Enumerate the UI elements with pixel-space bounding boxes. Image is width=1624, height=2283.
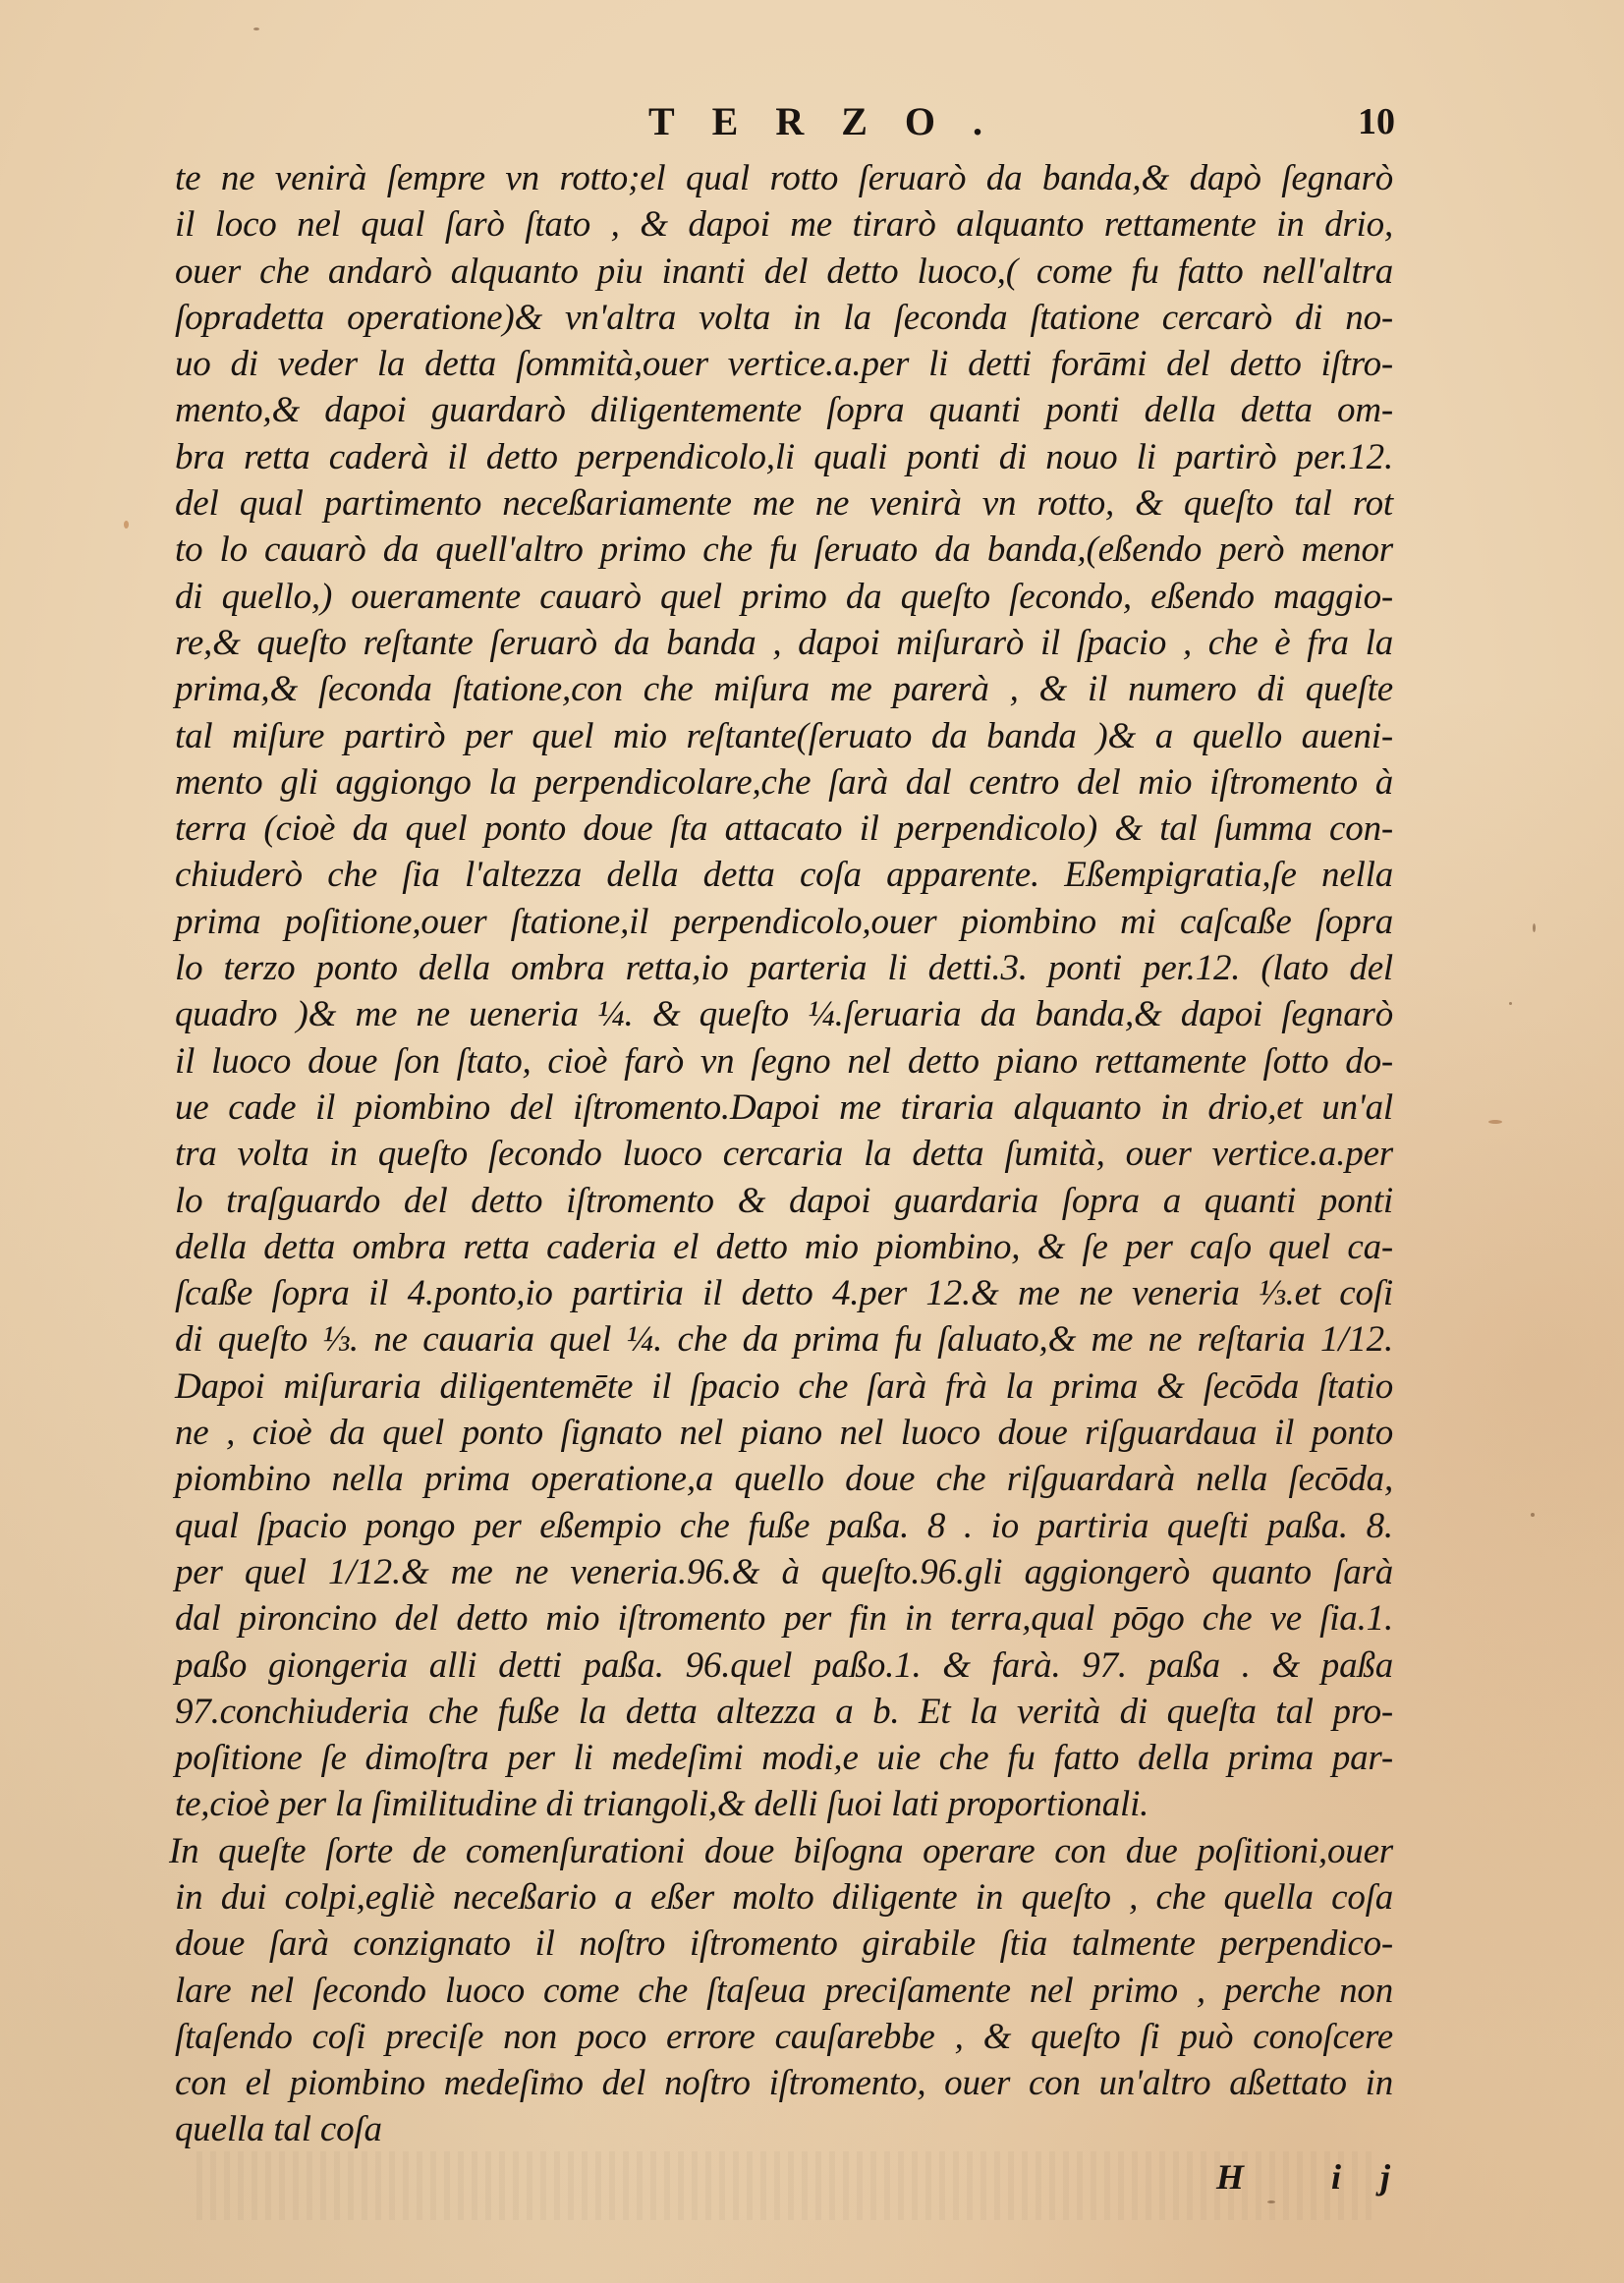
text-line: ne , cioè da quel ponto ſignato nel pian… (175, 1410, 1393, 1456)
text-line: poſitione ſe dimoſtra per li medeſimi mo… (175, 1735, 1393, 1781)
body-text: te ne venirà ſempre vn rotto;el qual rot… (175, 155, 1393, 2153)
text-line: mento,& dapoi guardarò diligentemente ſo… (175, 387, 1393, 433)
text-line: lo traſguardo del detto iſtromento & dap… (175, 1178, 1393, 1224)
text-line: to lo cauarò da quell'altro primo che fu… (175, 527, 1393, 573)
text-line: 97.conchiuderia che fuße la detta altezz… (175, 1689, 1393, 1735)
text-line: tra volta in queſto ſecondo luoco cercar… (175, 1131, 1393, 1177)
text-line: il loco nel qual ſarò ſtato , & dapoi me… (175, 201, 1393, 248)
text-line: prima,& ſeconda ſtatione,con che miſura … (175, 666, 1393, 712)
text-line: lo terzo ponto della ombra retta,io part… (175, 945, 1393, 991)
page-number: 10 (1358, 102, 1395, 141)
text-line: Dapoi miſuraria diligentemēte il ſpacio … (175, 1364, 1393, 1410)
text-line: ſopradetta operatione)& vn'altra volta i… (175, 295, 1393, 341)
text-line: in dui colpi,egliè neceßario a eßer molt… (175, 1874, 1393, 1921)
text-line: ue cade il piombino del iſtromento.Dapoi… (175, 1085, 1393, 1131)
text-line: ſtaſendo coſi preciſe non poco errore ca… (175, 2014, 1393, 2060)
text-line: paßo giongeria alli detti paßa. 96.quel … (175, 1643, 1393, 1689)
text-line: tal miſure partirò per quel mio reſtante… (175, 713, 1393, 759)
text-line: il luoco doue ſon ſtato, cioè farò vn ſe… (175, 1038, 1393, 1085)
text-line: te ne venirà ſempre vn rotto;el qual rot… (175, 155, 1393, 201)
text-line: prima poſitione,ouer ſtatione,il perpend… (175, 899, 1393, 945)
text-line: per quel 1/12.& me ne veneria.96.& à que… (175, 1549, 1393, 1595)
text-line: ouer che andarò alquanto piu inanti del … (175, 249, 1393, 295)
text-line: quadro )& me ne ueneria ¼. & queſto ¼.ſe… (175, 991, 1393, 1037)
text-line: piombino nella prima operatione,a quello… (175, 1456, 1393, 1502)
text-line: di queſto ⅓. ne cauaria quel ¼. che da p… (175, 1316, 1393, 1363)
text-line: con el piombino medeſimo del noſtro iſtr… (175, 2060, 1393, 2106)
text-line: uo di veder la detta ſommità,ouer vertic… (175, 341, 1393, 387)
text-line: di quello,) oueramente cauarò quel primo… (175, 574, 1393, 620)
text-line: chiuderò che ſia l'altezza della detta c… (175, 852, 1393, 898)
text-line: re,& queſto reſtante ſeruarò da banda , … (175, 620, 1393, 666)
text-line: del qual partimento neceßariamente me ne… (175, 480, 1393, 527)
running-head: TERZO. 10 (0, 102, 1624, 161)
signature-mark: H ij (1216, 2156, 1429, 2198)
text-line: ſcaße ſopra il 4.ponto,io partiria il de… (175, 1270, 1393, 1316)
ink-show-through (196, 2151, 1375, 2220)
text-line: doue ſarà conzignato il noſtro iſtroment… (175, 1921, 1393, 1967)
text-line: terra (cioè da quel ponto doue ſta attac… (175, 806, 1393, 852)
text-line: qual ſpacio pongo per eßempio che fuße p… (175, 1503, 1393, 1549)
text-line: te,cioè per la ſimilitudine di triangoli… (175, 1781, 1393, 1827)
text-line: della detta ombra retta caderia el detto… (175, 1224, 1393, 1270)
text-line: bra retta caderà il detto perpendicolo,l… (175, 434, 1393, 480)
text-line: In queſte ſorte de comenſurationi doue b… (169, 1828, 1393, 1874)
book-page: TERZO. 10 te ne venirà ſempre vn rotto;e… (0, 0, 1624, 2283)
running-title: TERZO. (648, 102, 1020, 141)
text-line: lare nel ſecondo luoco come che ſtaſeua … (175, 1968, 1393, 2014)
text-line: mento gli aggiongo la perpendicolare,che… (175, 759, 1393, 806)
text-line: quella tal coſa (175, 2106, 1393, 2152)
text-line: dal pironcino del detto mio iſtromento p… (175, 1595, 1393, 1642)
